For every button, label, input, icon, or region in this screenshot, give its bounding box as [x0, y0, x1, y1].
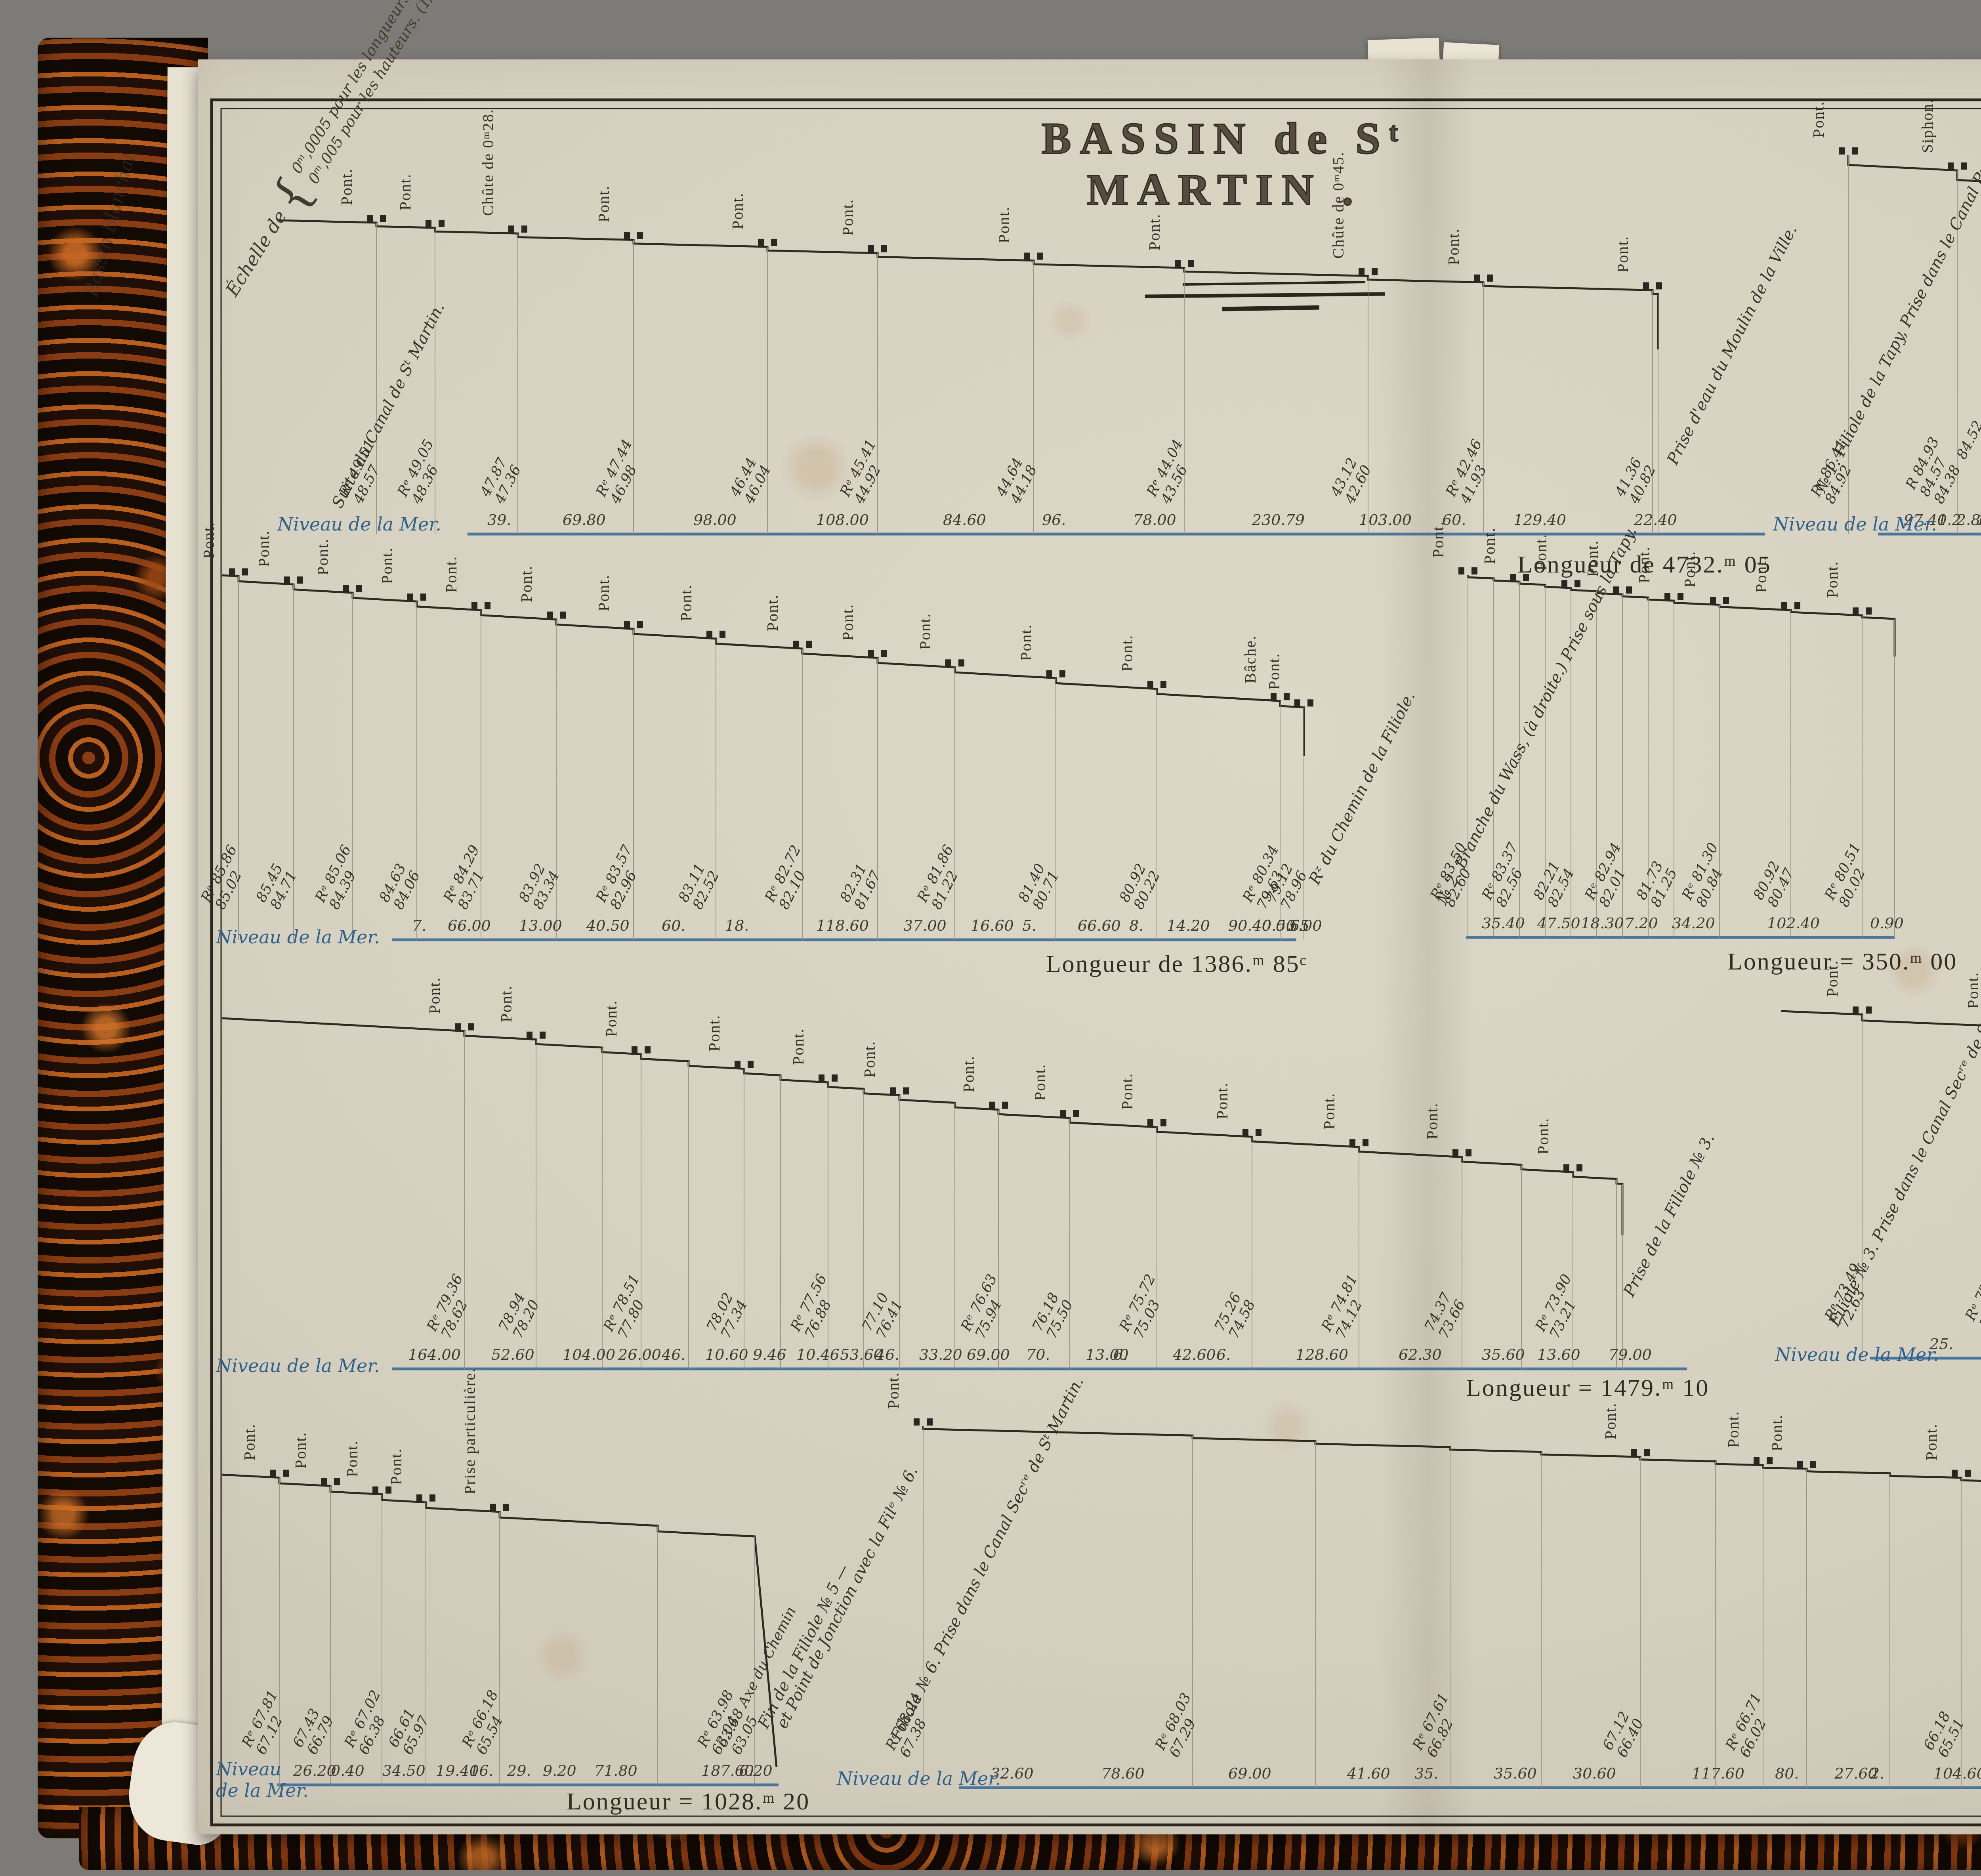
profile-note: Filiole № 6. Prise dans le Canal Secʳᵉ d… — [887, 1374, 1087, 1743]
distance-value: 35.60 — [1482, 1346, 1525, 1363]
page-title: BASSIN de Sᵗ MARTIN . — [1014, 113, 1434, 216]
distance-value: 29. — [507, 1762, 531, 1779]
elevation-values: Rᵉ 83.37 82.56 — [1479, 840, 1536, 910]
elevation-values: 74.37 73.66 — [1422, 1290, 1469, 1341]
distance-value: 10.46 — [796, 1346, 840, 1363]
pont-label: Pont. — [1265, 653, 1283, 690]
elevation-values: Rᵉ 74.81 74.12 — [1319, 1272, 1375, 1341]
pont-label: Pont. — [396, 173, 414, 210]
elevation-values: Rᵉ 68.03 67.29 — [1153, 1691, 1209, 1760]
pont-label: Pont. — [1614, 236, 1632, 273]
distance-value: 7. — [412, 917, 426, 934]
elevation-values: Rᵉ 84.29 83.71 — [441, 843, 497, 912]
distance-value: 79.00 — [1609, 1346, 1652, 1363]
profile-note: Rᶻ du Chemin de la Filiole. — [1305, 689, 1419, 887]
elevation-values: 78.02 77.34 — [704, 1290, 751, 1341]
elevation-values: 78.94 78.20 — [496, 1290, 543, 1341]
pont-label: Siphon. — [1918, 99, 1937, 153]
elevation-values: 76.18 75.50 — [1030, 1290, 1076, 1341]
distance-value: 69.00 — [967, 1346, 1010, 1363]
elevation-values: 67.43 66.79 — [290, 1706, 337, 1757]
pont-label: Bâche. — [1241, 635, 1260, 683]
elevation-values: 80.92 80.47 — [1751, 859, 1798, 910]
distance-value: 0.90 — [1870, 914, 1904, 932]
distance-value: 7.20 — [1624, 914, 1658, 932]
elevation-values: 67.12 66.40 — [1600, 1709, 1647, 1760]
pont-label: Chûte de 0ᵐ28. — [479, 109, 497, 216]
elevation-values: 81.40 80.71 — [1016, 861, 1063, 912]
pont-label: Pont. — [1532, 534, 1550, 571]
distance-value: 26.20 — [293, 1762, 336, 1779]
elevation-values: 66.18 65.51 — [1921, 1709, 1968, 1760]
pont-label: Pont. — [1809, 101, 1828, 138]
pont-label: Pont. — [442, 556, 460, 593]
sea-level-label: Niveau de la Mer. — [216, 1355, 380, 1376]
pont-label: Pont. — [426, 977, 444, 1013]
distance-value: 14.20 — [1167, 917, 1210, 934]
elevation-values: Rᵉ 67.61 66.82 — [1410, 1691, 1466, 1760]
distance-value: 34.50 — [382, 1762, 426, 1779]
elevation-values: Rᵉ 72.87 72.25 — [1963, 1261, 1981, 1330]
pont-label: Pont. — [255, 530, 273, 567]
distance-value: 80. — [1775, 1765, 1799, 1782]
distance-value: 104.00 — [563, 1346, 615, 1363]
elevation-values: 46.44 46.04 — [727, 456, 774, 506]
distance-value: 18.30 — [1581, 914, 1624, 932]
pont-label: Pont. — [1017, 624, 1035, 660]
elevation-values: Rᵉ 67.81 67.12 — [239, 1688, 296, 1757]
distance-value: 129.40 — [1513, 511, 1566, 529]
pont-label: Pont. — [1752, 556, 1770, 593]
pont-label: Pont. — [343, 1440, 361, 1477]
pont-label: Pont. — [497, 985, 515, 1022]
distance-value: 98.00 — [693, 511, 737, 529]
distance-value: 52.60 — [491, 1346, 534, 1363]
pont-label: Pont. — [839, 603, 857, 640]
elevation-values: Rᵉ 73.90 73.21 — [1533, 1272, 1589, 1341]
sea-level-label: Niveau de la Mer. — [1773, 513, 1937, 535]
pont-label: Pont. — [1823, 561, 1842, 598]
distance-value: 46. — [662, 1346, 685, 1363]
distance-value: 6. — [1216, 1346, 1231, 1363]
distance-value: 66.60 — [1078, 917, 1121, 934]
distance-value: 30.60 — [1573, 1765, 1616, 1782]
distance-value: 6.20 — [739, 1762, 773, 1779]
pont-label: Pont. — [677, 584, 695, 621]
distance-value: 60. — [662, 917, 685, 934]
distance-value: 128.60 — [1296, 1346, 1348, 1363]
elevation-values: Rᵉ 83.57 82.96 — [594, 843, 650, 912]
elevation-values: 77.10 76.41 — [859, 1290, 906, 1341]
sea-level-label: Niveau de la Mer. — [837, 1768, 1001, 1789]
elevation-values: Rᵉ 82.94 82.01 — [1582, 840, 1639, 910]
distance-value: 117.60 — [1692, 1765, 1744, 1782]
profile-note: et Point de Jonction avec la Filᵉ № 6. — [773, 1464, 922, 1731]
length-label: Longueur = 350.ᵐ 00 — [1727, 948, 1957, 976]
elevation-values: 43.12 42.60 — [1328, 456, 1375, 506]
pont-label: Pont. — [338, 168, 356, 205]
pont-label: Pont. — [1922, 1423, 1941, 1460]
sea-level-label: de la Mer. — [216, 1780, 309, 1801]
pont-label: Pont. — [595, 574, 613, 611]
elevation-values: 80.92 80.22 — [1117, 861, 1164, 912]
pont-label: Pont. — [1681, 550, 1699, 587]
distance-value: 102.40 — [1767, 914, 1820, 932]
elevation-values: Rᵉ 85.86 85.02 — [198, 843, 255, 912]
elevation-values: Rᵉ 44.04 43.56 — [1144, 437, 1200, 506]
pont-label: Pont. — [1445, 228, 1463, 265]
elevation-values: Rᵉ 66.18 65.54 — [460, 1688, 516, 1757]
distance-value: 70. — [1026, 1346, 1050, 1363]
distance-value: 0.40 — [331, 1762, 365, 1779]
elevation-values: Rᵉ 49.05 48.36 — [395, 437, 451, 506]
pont-label: Pont. — [1635, 546, 1653, 583]
profile-note: Prise de la Filiole № 3. — [1620, 1131, 1718, 1300]
distance-value: 118.60 — [816, 917, 869, 934]
pont-label: Chûte de 0ᵐ45. — [1329, 151, 1347, 259]
pont-label: Pont. — [1118, 1073, 1136, 1110]
distance-value: 69.80 — [563, 511, 606, 529]
distance-value: 22.40 — [1634, 511, 1677, 529]
sea-level-label: Niveau — [216, 1758, 281, 1780]
distance-value: 37.00 — [903, 917, 947, 934]
distance-value: 16.60 — [971, 917, 1014, 934]
pont-label: Pont. — [517, 565, 536, 602]
scale-note: Échelle de { 0ᵐ,0005 pour les longueurs,… — [207, 0, 480, 309]
elevation-values: 41.36 40.82 — [1613, 456, 1659, 506]
elevation-values: 82.21 82.54 — [1531, 859, 1578, 910]
pont-label: Pont. — [595, 185, 613, 222]
elevation-values: Rᵉ 78.51 77.80 — [601, 1272, 657, 1341]
elevation-values: Rᵉ 75.72 75.03 — [1117, 1272, 1173, 1341]
elevation-values: 83.92 83.34 — [516, 861, 563, 912]
distance-value: 35.40 — [1482, 914, 1525, 932]
pont-label: Pont. — [1429, 521, 1447, 558]
distance-value: 84.60 — [943, 511, 986, 529]
pont-label: Pont. — [1423, 1103, 1441, 1139]
distance-value: 41.60 — [1347, 1765, 1390, 1782]
scale-intro: Échelle de — [221, 206, 290, 300]
elevation-values: Rᵉ 45.41 44.92 — [838, 437, 894, 506]
pont-label: Pont. — [1031, 1063, 1049, 1100]
pont-label: Pont. — [200, 522, 218, 559]
pont-label: Pont. — [705, 1014, 723, 1051]
elevation-values: R 84.93 84.57 84.38 84.52 — [1903, 404, 1981, 506]
pont-label: Pont. — [1584, 540, 1602, 577]
elevation-values: 85.45 84.71 — [254, 861, 300, 912]
pont-label: Pont. — [1320, 1093, 1338, 1130]
distance-value: 62.30 — [1399, 1346, 1442, 1363]
distance-value: 5.00 — [1288, 917, 1322, 934]
length-label: Longueur de 1386.ᵐ 85ᶜ — [1046, 950, 1307, 978]
elevation-values: 83.11 82.52 — [676, 861, 723, 912]
pont-label: Pont. — [292, 1431, 310, 1468]
elevation-values: Rᵉ 79.36 78.62 — [424, 1272, 481, 1341]
elevation-values: Rᵉ 81.86 81.22 — [915, 843, 971, 912]
pont-label: Pont. — [1481, 527, 1499, 564]
pont-label: Pont. — [789, 1028, 807, 1065]
elevation-values: Rᵉ 81.30 80.84 — [1679, 840, 1736, 910]
pont-label: Pont. — [602, 1000, 620, 1036]
label-layer: BASSIN de Sᵗ MARTIN . Échelle de { 0ᵐ,00… — [0, 0, 1981, 1876]
elevation-values: 84.63 84.06 — [377, 861, 424, 912]
distance-value: 13.00 — [519, 917, 562, 934]
distance-value: 26.00 — [618, 1346, 661, 1363]
distance-value: 39. — [487, 511, 511, 529]
pont-label: Pont. — [916, 613, 934, 650]
elevation-values: 66.61 65.97 — [386, 1706, 433, 1757]
pont-label: Pont. — [314, 538, 332, 575]
elevation-values: Rᵉ 82.72 82.10 — [762, 843, 819, 912]
length-label: Longueur = 1028.ᵐ 20 — [567, 1788, 810, 1816]
distance-value: 9.20 — [543, 1762, 576, 1779]
pont-label: Pont. — [1964, 972, 1981, 1009]
distance-value: 46. — [876, 1346, 899, 1363]
elevation-values: 44.64 44.18 — [994, 456, 1040, 506]
pont-label: Prise particulière. — [461, 1368, 479, 1494]
sea-level-label: Niveau de la Mer. — [216, 926, 380, 948]
pont-label: Pont. — [960, 1055, 978, 1092]
pont-label: Pont. — [884, 1372, 903, 1409]
pont-label: Pont. — [1724, 1411, 1742, 1448]
pont-label: Pont. — [763, 594, 782, 631]
elevation-values: 47.87 47.36 — [478, 456, 525, 506]
scanned-atlas-page: Bassin Blanchal BASSIN de Sᵗ MARTIN . Éc… — [0, 0, 1981, 1876]
elevation-values: Rᵉ 67.02 66.38 — [342, 1688, 398, 1757]
distance-value: 47.50 — [1537, 914, 1580, 932]
pont-label: Pont. — [1118, 634, 1136, 671]
pont-label: Pont. — [387, 1448, 405, 1485]
pont-label: Pont. — [1823, 960, 1842, 997]
distance-value: 6. — [1113, 1346, 1128, 1363]
sea-level-label: Niveau de la Mer. — [277, 513, 441, 535]
distance-value: 5. — [1022, 917, 1036, 934]
distance-value: 230.79 — [1252, 511, 1305, 529]
elevation-values: Rᵉ 76.63 75.94 — [958, 1272, 1015, 1341]
distance-value: 35. — [1414, 1765, 1438, 1782]
pont-label: Pont. — [1768, 1414, 1786, 1451]
distance-value: 34.20 — [1672, 914, 1715, 932]
pont-label: Pont. — [378, 547, 396, 584]
pont-label: Pont. — [1145, 214, 1164, 250]
pont-label: Pont. — [1601, 1403, 1620, 1439]
elevation-values: Rᵉ 66.71 66.02 — [1723, 1691, 1779, 1760]
pont-label: Pont. — [240, 1423, 259, 1460]
distance-value: 18. — [725, 917, 749, 934]
pont-label: Pont. — [1213, 1082, 1231, 1119]
distance-value: 13.60 — [1537, 1346, 1580, 1363]
distance-value: 40.50 — [586, 917, 630, 934]
distance-value: 66.00 — [448, 917, 491, 934]
elevation-values: Rᵉ 77.56 76.88 — [788, 1272, 844, 1341]
pont-label: Pont. — [995, 206, 1013, 243]
profile-note: Prise d'eau du Moulin de la Ville. — [1664, 222, 1801, 468]
distance-value: 16. — [469, 1762, 493, 1779]
distance-value: 9.46 — [753, 1346, 786, 1363]
pont-label: Pont. — [861, 1041, 879, 1078]
distance-value: 42.60 — [1173, 1346, 1216, 1363]
distance-value: 164.00 — [408, 1346, 461, 1363]
distance-value: 35.60 — [1494, 1765, 1537, 1782]
distance-value: 78.60 — [1101, 1765, 1145, 1782]
pont-label: Pont. — [729, 193, 747, 229]
distance-value: 71.80 — [594, 1762, 637, 1779]
distance-value: 103.00 — [1359, 511, 1412, 529]
sea-level-label: Niveau de la Mer. — [1775, 1344, 1939, 1365]
distance-value: 10.60 — [705, 1346, 748, 1363]
elevation-values: Rᵉ 47.44 46.98 — [594, 437, 650, 506]
distance-value: 8. — [1129, 917, 1143, 934]
distance-value: 108.00 — [816, 511, 869, 529]
distance-value: 78.00 — [1133, 511, 1176, 529]
elevation-values: Rᵉ 80.51 80.02 — [1822, 840, 1878, 910]
elevation-values: Rᵉ 85.06 84.39 — [313, 843, 369, 912]
scale-lines: 0ᵐ,0005 pour les longueurs, (1/2000.) 0ᵐ… — [288, 0, 472, 187]
elevation-values: 82.31 81.67 — [838, 861, 884, 912]
distance-value: 69.00 — [1228, 1765, 1271, 1782]
distance-value: 2. — [1870, 1765, 1884, 1782]
distance-value: 96. — [1042, 511, 1066, 529]
distance-value: 104.60 — [1933, 1765, 1981, 1782]
distance-value: 33.20 — [919, 1346, 962, 1363]
length-label: Longueur = 1479.ᵐ 10 — [1466, 1374, 1709, 1402]
elevation-values: 81.73 81.25 — [1634, 859, 1681, 910]
distance-value: 1.2 — [1976, 511, 1981, 529]
pont-label: Pont. — [839, 199, 857, 236]
pont-label: Pont. — [1534, 1118, 1552, 1155]
elevation-values: Rᵉ 42.46 41.93 — [1443, 437, 1500, 506]
elevation-values: 75.26 74.58 — [1212, 1290, 1259, 1341]
